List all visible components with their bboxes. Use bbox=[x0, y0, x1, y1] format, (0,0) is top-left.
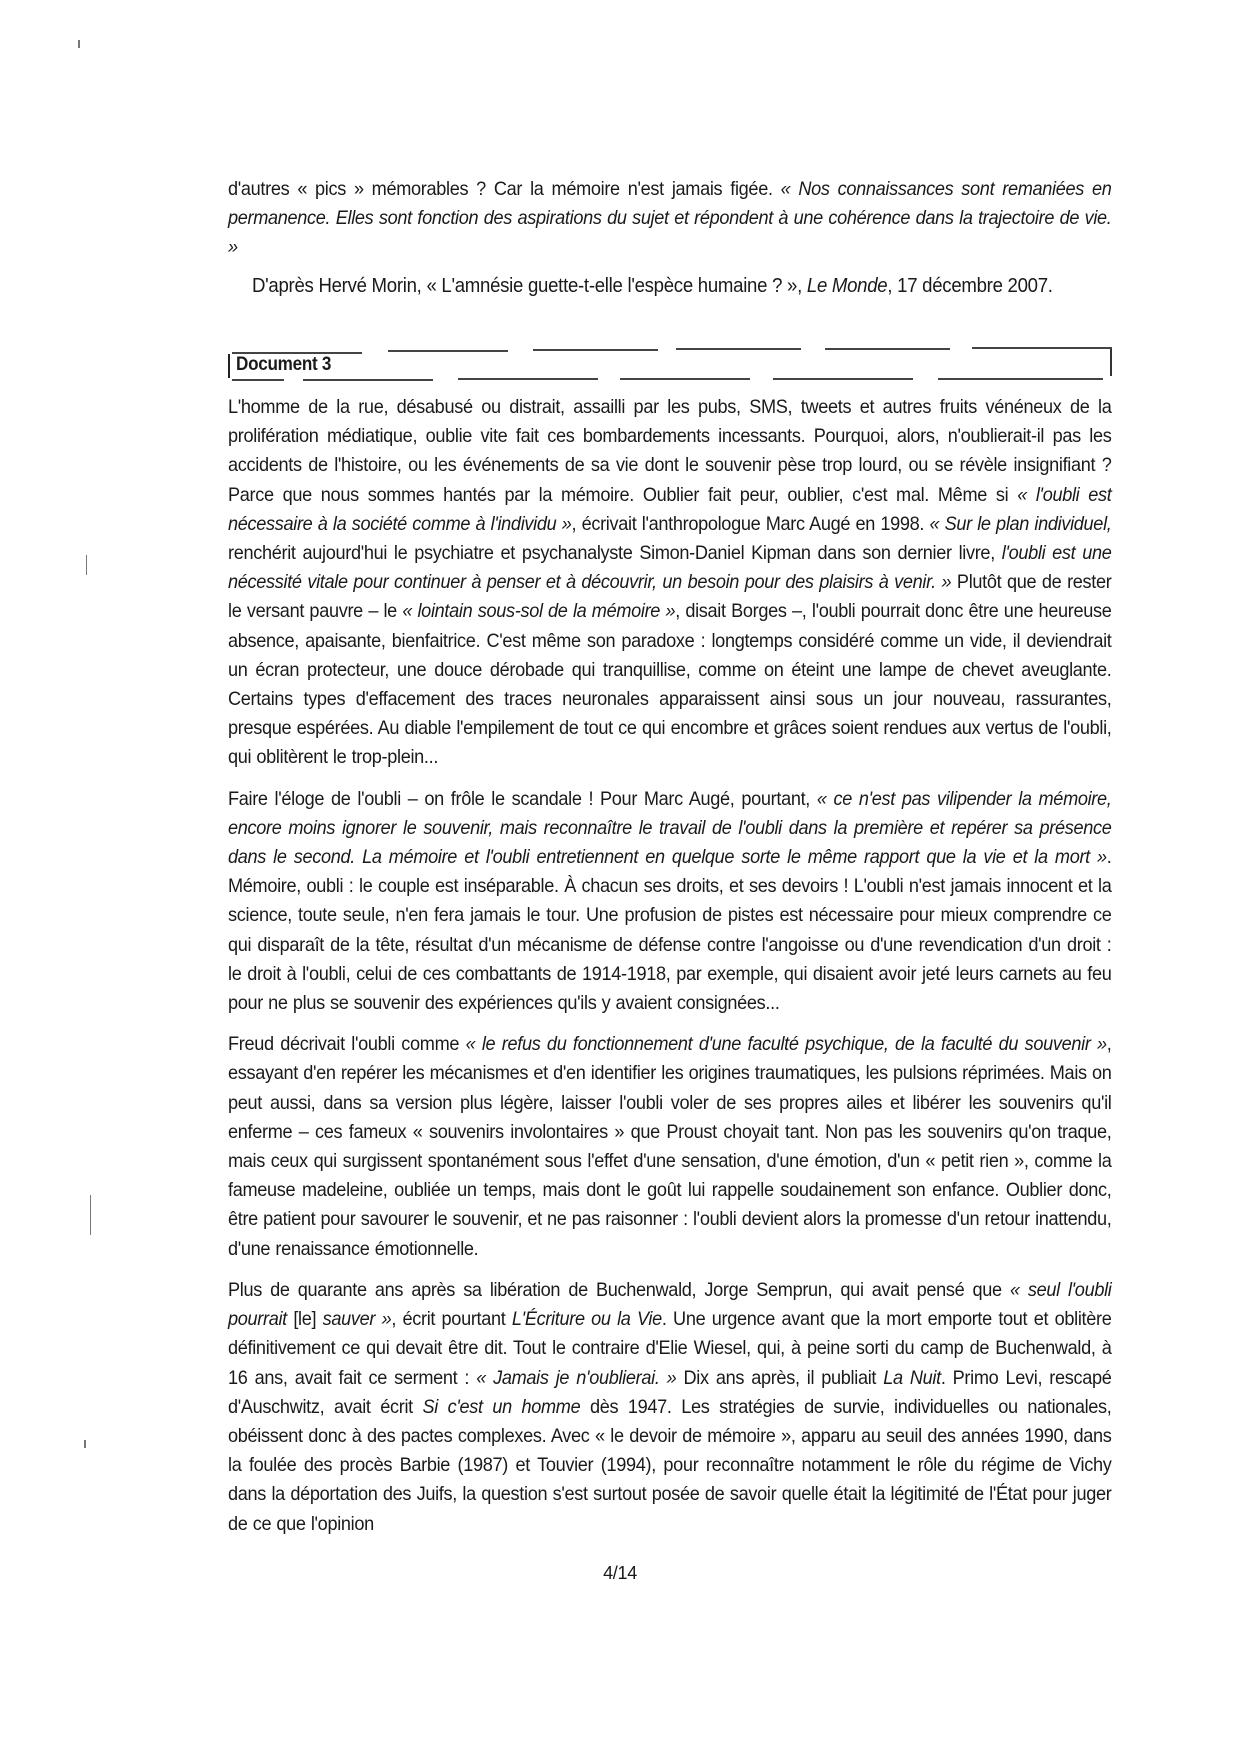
source-date: , 17 décembre 2007. bbox=[887, 275, 1052, 297]
document-title: Document 3 bbox=[236, 354, 331, 376]
box-bottom-border bbox=[458, 378, 598, 380]
box-bottom-border bbox=[938, 378, 1103, 380]
box-right-border bbox=[1110, 348, 1112, 376]
scan-margin-mark bbox=[86, 555, 87, 575]
box-left-border bbox=[228, 354, 230, 378]
box-bottom-border bbox=[303, 379, 433, 381]
box-bottom-border bbox=[620, 378, 750, 380]
page-number: 4/14 bbox=[0, 1563, 1240, 1584]
document-page: d'autres « pics » mémorables ? Car la mé… bbox=[0, 0, 1240, 1754]
body-paragraph: Plus de quarante ans après sa libération… bbox=[228, 1276, 1112, 1539]
box-top-border bbox=[232, 352, 362, 354]
box-top-border bbox=[533, 349, 658, 351]
document-body: L'homme de la rue, désabusé ou distrait,… bbox=[228, 393, 1112, 1551]
source-prefix: D'après Hervé Morin, « L'amnésie guette-… bbox=[252, 275, 807, 297]
box-bottom-border bbox=[773, 378, 913, 380]
source-publication: Le Monde bbox=[807, 275, 888, 297]
body-paragraph: L'homme de la rue, désabusé ou distrait,… bbox=[228, 393, 1112, 773]
document-header-box: Document 3 bbox=[228, 348, 1112, 382]
scan-margin-mark bbox=[84, 1440, 86, 1448]
intro-paragraph-text: d'autres « pics » mémorables ? Car la mé… bbox=[228, 175, 1112, 263]
box-bottom-border bbox=[232, 379, 284, 381]
intro-paragraph: d'autres « pics » mémorables ? Car la mé… bbox=[228, 175, 1112, 275]
box-top-border bbox=[676, 348, 801, 350]
box-top-border bbox=[825, 348, 950, 350]
box-top-border bbox=[972, 347, 1112, 349]
body-paragraph: Faire l'éloge de l'oubli – on frôle le s… bbox=[228, 785, 1112, 1019]
scan-margin-mark bbox=[78, 40, 80, 48]
scan-margin-mark bbox=[90, 1195, 91, 1235]
body-paragraph: Freud décrivait l'oubli comme « le refus… bbox=[228, 1030, 1112, 1264]
box-top-border bbox=[388, 350, 508, 352]
source-citation: D'après Hervé Morin, « L'amnésie guette-… bbox=[252, 275, 1053, 298]
